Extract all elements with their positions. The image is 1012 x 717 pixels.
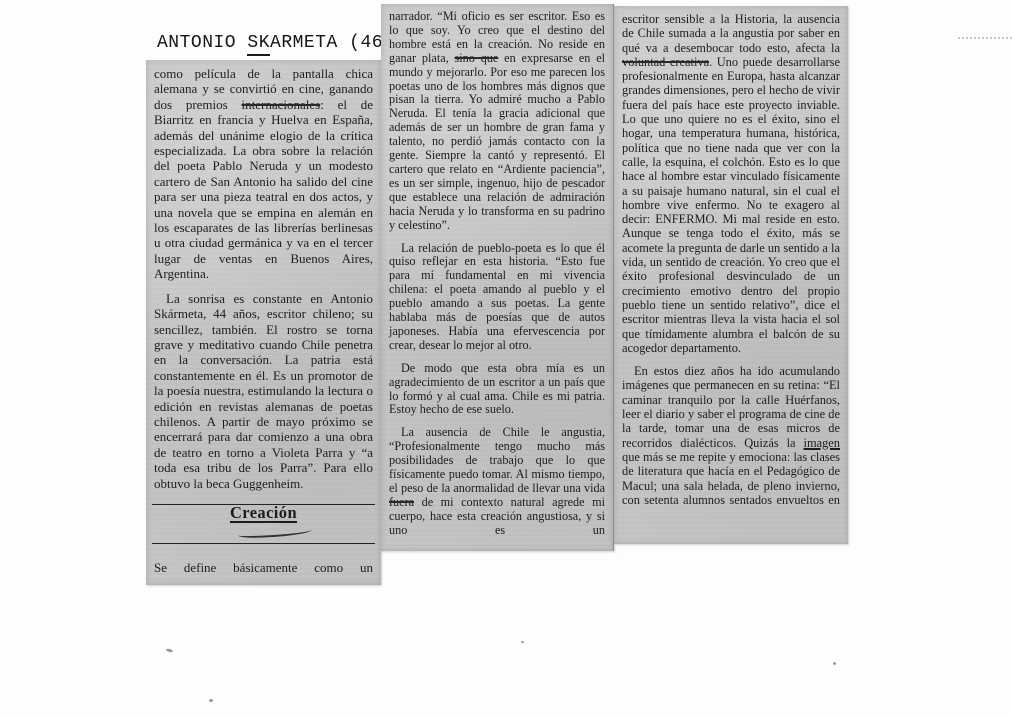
paragraph-text: que más se me repite y emociona: las cla… [622, 450, 840, 507]
struck-text: voluntad creativa [622, 55, 709, 69]
paragraph: La sonrisa es constante en Antonio Skárm… [154, 291, 373, 491]
paragraph: La ausencia de Chile le angustia, “Profe… [389, 426, 605, 537]
scan-speckle [833, 662, 836, 665]
struck-text: fuera [389, 495, 414, 509]
newspaper-clipping-column-3: escritor sensible a la Historia, la ause… [614, 6, 848, 544]
paragraph: De modo que esta obra mía es un agradeci… [389, 362, 605, 418]
underlined-text: imagen [804, 436, 840, 450]
paragraph-text: en expresarse en el mundo y mejorarlo. P… [389, 51, 605, 232]
paragraph-text: escritor sensible a la Historia, la ause… [622, 12, 840, 55]
paragraph-text: : el de Biarritz en francia y Huelva en … [154, 97, 373, 281]
newspaper-clipping-column-2: narrador. “Mi oficio es ser escritor. Es… [381, 4, 614, 551]
article-title: ANTONIO SKARMETA (46) [157, 33, 394, 53]
newspaper-clipping-column-1: como película de la pantalla chica alema… [146, 60, 381, 585]
paragraph: narrador. “Mi oficio es ser escritor. Es… [389, 10, 605, 233]
paragraph-text: . Uno puede desarrollarse profesionalmen… [622, 55, 840, 355]
paragraph: La relación de pueblo-poeta es lo que él… [389, 242, 605, 353]
title-underlined-text: SK [247, 33, 270, 56]
paragraph: En estos diez años ha ido acumulando imá… [622, 364, 840, 507]
title-text: ANTONIO [157, 33, 247, 53]
title-text: ARMETA (46) [270, 33, 394, 53]
scan-speckle [209, 699, 213, 702]
continuation-line: Se define básicamente como un [154, 560, 373, 575]
paragraph: escritor sensible a la Historia, la ause… [622, 12, 840, 355]
paragraph-text: de mi contexto natural agrede mi cuerpo,… [389, 495, 605, 537]
section-heading: Creación [154, 505, 373, 520]
scan-artifact-dotted-line [958, 37, 1012, 39]
spacer [154, 544, 373, 560]
paragraph: como película de la pantalla chica alema… [154, 66, 373, 282]
struck-text: internacionales [242, 97, 321, 112]
heading-underline-scribble [238, 526, 312, 539]
scanned-page: ANTONIO SKARMETA (46) como película de l… [0, 0, 1012, 717]
scan-speckle [166, 648, 174, 653]
struck-text: sino que [455, 51, 499, 65]
scan-speckle [521, 641, 524, 643]
section-heading-text: Creación [230, 503, 297, 522]
paragraph-text: La ausencia de Chile le angustia, “Profe… [389, 425, 605, 495]
